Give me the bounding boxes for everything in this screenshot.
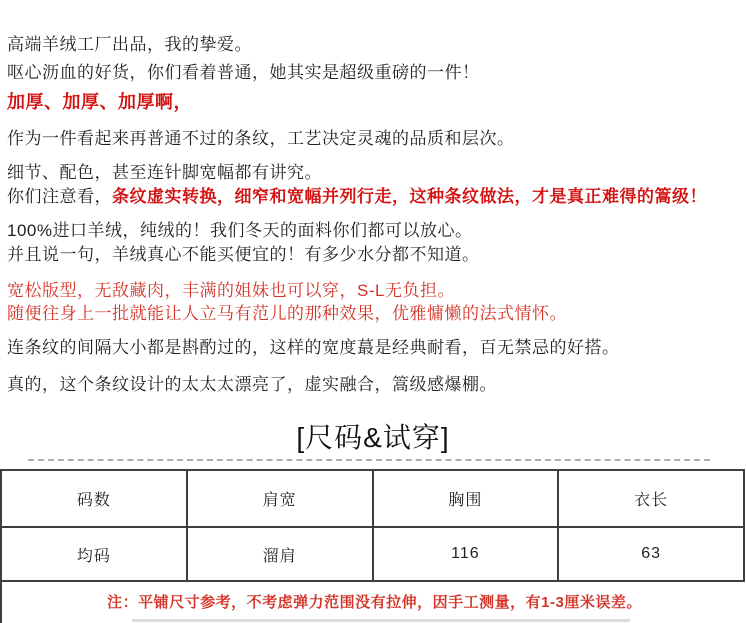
intro-line-7: 并且说一句，羊绒真心不能买便宜的！有多少水分都不知道。 [7, 240, 480, 265]
intro-line-9: 真的，这个条纹设计的太太太漂亮了，虚实融合，篙级感爆棚。 [7, 370, 497, 395]
intro-line-2: 呕心沥血的好货，你们看着普通，她其实是超级重磅的一件！ [7, 58, 480, 83]
emphasis-thick: 加厚、加厚、加厚啊， [7, 88, 192, 114]
table-cell-length: 63 [558, 527, 744, 581]
red-line-2: 随便往身上一批就能让人立马有范儿的那种效果，优雅慵懒的法式情怀。 [7, 299, 567, 324]
intro-line-1: 高端羊绒工厂出品，我的挚爱。 [7, 30, 252, 55]
intro-line-5-prefix: 你们注意看， [7, 187, 112, 206]
table-header-row: 码数 肩宽 胸围 衣长 [1, 470, 744, 527]
size-chart-table: 码数 肩宽 胸围 衣长 均码 溜肩 116 63 [0, 469, 745, 582]
product-description-page: 高端羊绒工厂出品，我的挚爱。 呕心沥血的好货，你们看着普通，她其实是超级重磅的一… [0, 0, 746, 623]
red-line-1: 宽松版型，无敌藏肉，丰满的姐妹也可以穿，S-L无负担。 [7, 276, 455, 301]
table-cell-size: 均码 [1, 527, 187, 581]
intro-line-4: 细节、配色，甚至连针脚宽幅都有讲究。 [7, 158, 322, 183]
table-cell-shoulder: 溜肩 [187, 527, 373, 581]
size-section-title: [尺码&试穿] [0, 416, 746, 456]
intro-line-5-emphasis: 条纹虚实转换，细窄和宽幅并列行走，这种条纹做法，才是真正难得的篙级！ [112, 187, 707, 206]
table-cell-bust: 116 [373, 527, 559, 581]
table-header-length: 衣长 [558, 470, 744, 527]
measurement-note: 注：平铺尺寸参考，不考虑弹力范围没有拉伸，因手工测量，有1-3厘米误差。 [2, 591, 746, 612]
intro-line-3: 作为一件看起来再普通不过的条纹，工艺决定灵魂的品质和层次。 [7, 124, 515, 149]
table-header-shoulder: 肩宽 [187, 470, 373, 527]
intro-line-6: 100%进口羊绒，纯绒的！我们冬天的面料你们都可以放心。 [7, 216, 472, 241]
intro-line-8: 连条纹的间隔大小都是斟酌过的，这样的宽度蕞是经典耐看，百无禁忌的好搭。 [7, 333, 620, 358]
bottom-divider [132, 619, 630, 622]
measurement-note-box: 注：平铺尺寸参考，不考虑弹力范围没有拉伸，因手工测量，有1-3厘米误差。 [0, 579, 746, 623]
table-header-size: 码数 [1, 470, 187, 527]
intro-line-5: 你们注意看，条纹虚实转换，细窄和宽幅并列行走，这种条纹做法，才是真正难得的篙级！ [7, 182, 707, 207]
table-row: 均码 溜肩 116 63 [1, 527, 744, 581]
table-header-bust: 胸围 [373, 470, 559, 527]
dashed-divider [28, 459, 710, 461]
